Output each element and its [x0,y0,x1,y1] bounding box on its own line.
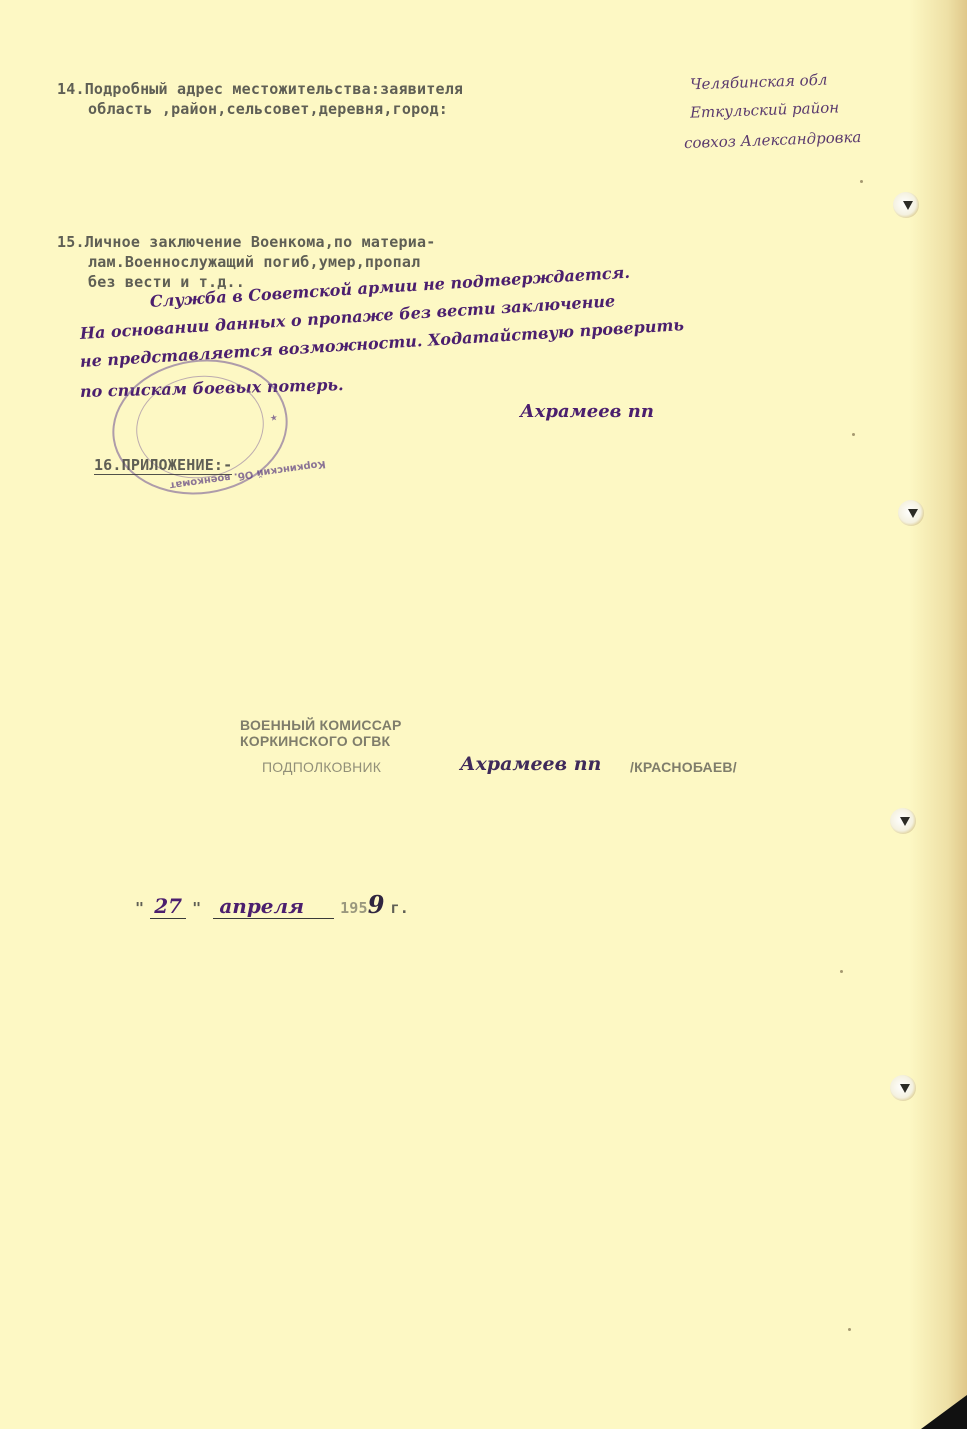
paper-speck [852,433,855,436]
punch-hole-icon [893,192,919,218]
date-open-quote: " [135,899,144,918]
paper-speck [848,1328,851,1331]
item14-address-line3: совхоз Александровка [684,125,862,155]
page-corner-shadow [921,1395,967,1429]
paper-speck [840,970,843,973]
punch-hole-icon [890,808,916,834]
item14-address-line2: Еткульский район [690,95,840,124]
document-page: 14.Подробный адрес местожительства:заяви… [0,0,967,1429]
item16-text: 16.ПРИЛОЖЕНИЕ:- [94,456,232,475]
item15-label-line2: лам.Военнослужащий погиб,умер,пропал [88,253,420,272]
item15-label-line1: 15.Личное заключение Военкома,по материа… [57,233,435,252]
date-month: апреля [213,894,334,919]
signer-title-line2: КОРКИНСКОГО ОГВК [240,734,390,749]
item14-label-line2: область ,район,сельсовет,деревня,город: [88,100,448,119]
signer-rank: ПОДПОЛКОВНИК [262,760,381,775]
item16-label: 16.ПРИЛОЖЕНИЕ:- [57,437,232,494]
item15-signature: Ахрамеев пп [520,400,654,424]
paper-speck [860,180,863,183]
punch-hole-icon [890,1075,916,1101]
date-day: 27 [150,894,186,919]
stamp-star-icon: ★ [269,409,278,424]
punch-hole-icon [898,500,924,526]
date-year: 195 9 [340,893,384,918]
date-close-quote: " [192,899,201,918]
item14-label-line1: 14.Подробный адрес местожительства:заяви… [57,80,463,99]
signer-name: /КРАСНОБАЕВ/ [630,760,737,775]
commissar-signature: Ахрамеев пп [460,752,601,776]
date-year-typed: 195 [340,899,368,918]
date-year-hand: 9 [368,893,385,917]
signer-title-line1: ВОЕННЫЙ КОМИССАР [240,718,402,733]
item14-address-line1: Челябинская обл [690,68,828,97]
date-suffix: г. [390,899,408,918]
document-date: " 27 " апреля 195 9 г. [135,893,409,919]
